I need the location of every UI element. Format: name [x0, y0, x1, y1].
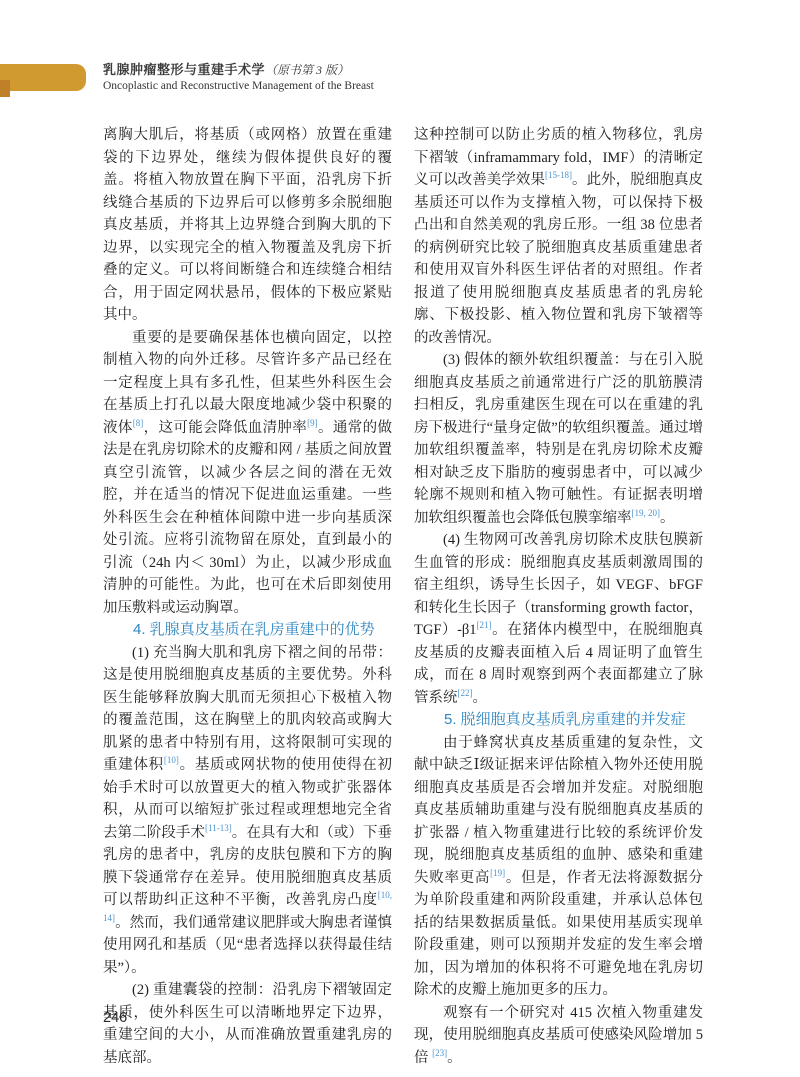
citation-ref: [22]	[458, 688, 473, 698]
header-accent-chip	[0, 80, 10, 97]
paragraph: 这种控制可以防止劣质的植入物移位，乳房下褶皱（inframammary fold…	[414, 124, 703, 349]
section-heading: 5. 脱细胞真皮基质乳房重建的并发症	[414, 709, 703, 732]
left-column: 离胸大肌后，将基质（或网格）放置在重建袋的下边界处，继续为假体提供良好的覆盖。将…	[103, 124, 392, 1069]
book-subtitle-en: Oncoplastic and Reconstructive Managemen…	[103, 79, 374, 94]
citation-ref: [19, 20]	[632, 508, 661, 518]
citation-ref: [21]	[477, 620, 492, 630]
section-heading: 4. 乳腺真皮基质在乳房重建中的优势	[103, 619, 392, 642]
citation-ref: [10, 14]	[103, 890, 392, 923]
paragraph: (1) 充当胸大肌和乳房下褶之间的吊带：这是使用脱细胞真皮基质的主要优势。外科医…	[103, 642, 392, 980]
paragraph: (4) 生物网可改善乳房切除术皮肤包膜新生血管的形成：脱细胞真皮基质刺激周围的宿…	[414, 529, 703, 709]
page-content: 离胸大肌后，将基质（或网格）放置在重建袋的下边界处，继续为假体提供良好的覆盖。将…	[103, 124, 703, 1069]
paragraph: (3) 假体的额外软组织覆盖：与在引入脱细胞真皮基质之前通常进行广泛的肌筋膜清扫…	[414, 349, 703, 529]
paragraph: 离胸大肌后，将基质（或网格）放置在重建袋的下边界处，继续为假体提供良好的覆盖。将…	[103, 124, 392, 327]
paragraph: 重要的是要确保基体也横向固定，以控制植入物的向外迁移。尽管许多产品已经在一定程度…	[103, 327, 392, 620]
book-title-edition: （原书第 3 版）	[265, 63, 349, 77]
citation-ref: [19]	[490, 868, 505, 878]
paragraph: 观察有一个研究对 415 次植入物重建发现，使用脱细胞真皮基质可使感染风险增加 …	[414, 1002, 703, 1070]
citation-ref: [10]	[164, 755, 179, 765]
citation-ref: [23]	[432, 1048, 447, 1058]
book-title-cn: 乳腺肿瘤整形与重建手术学	[103, 62, 265, 77]
header-text-block: 乳腺肿瘤整形与重建手术学（原书第 3 版） Oncoplastic and Re…	[103, 62, 374, 94]
right-column: 这种控制可以防止劣质的植入物移位，乳房下褶皱（inframammary fold…	[414, 124, 703, 1069]
paragraph: 由于蜂窝状真皮基质重建的复杂性，文献中缺乏Ⅰ级证据来评估除植入物外还使用脱细胞真…	[414, 732, 703, 1002]
page-number: 246	[103, 1010, 127, 1026]
citation-ref: [9]	[307, 418, 318, 428]
citation-ref: [8]	[133, 418, 144, 428]
header-accent-bar	[0, 64, 86, 91]
paragraph: (2) 重建囊袋的控制：沿乳房下褶皱固定基质，使外科医生可以清晰地界定下边界，重…	[103, 979, 392, 1069]
book-title: 乳腺肿瘤整形与重建手术学（原书第 3 版）	[103, 62, 374, 78]
citation-ref: [15-18]	[545, 170, 572, 180]
citation-ref: [11-13]	[205, 823, 232, 833]
